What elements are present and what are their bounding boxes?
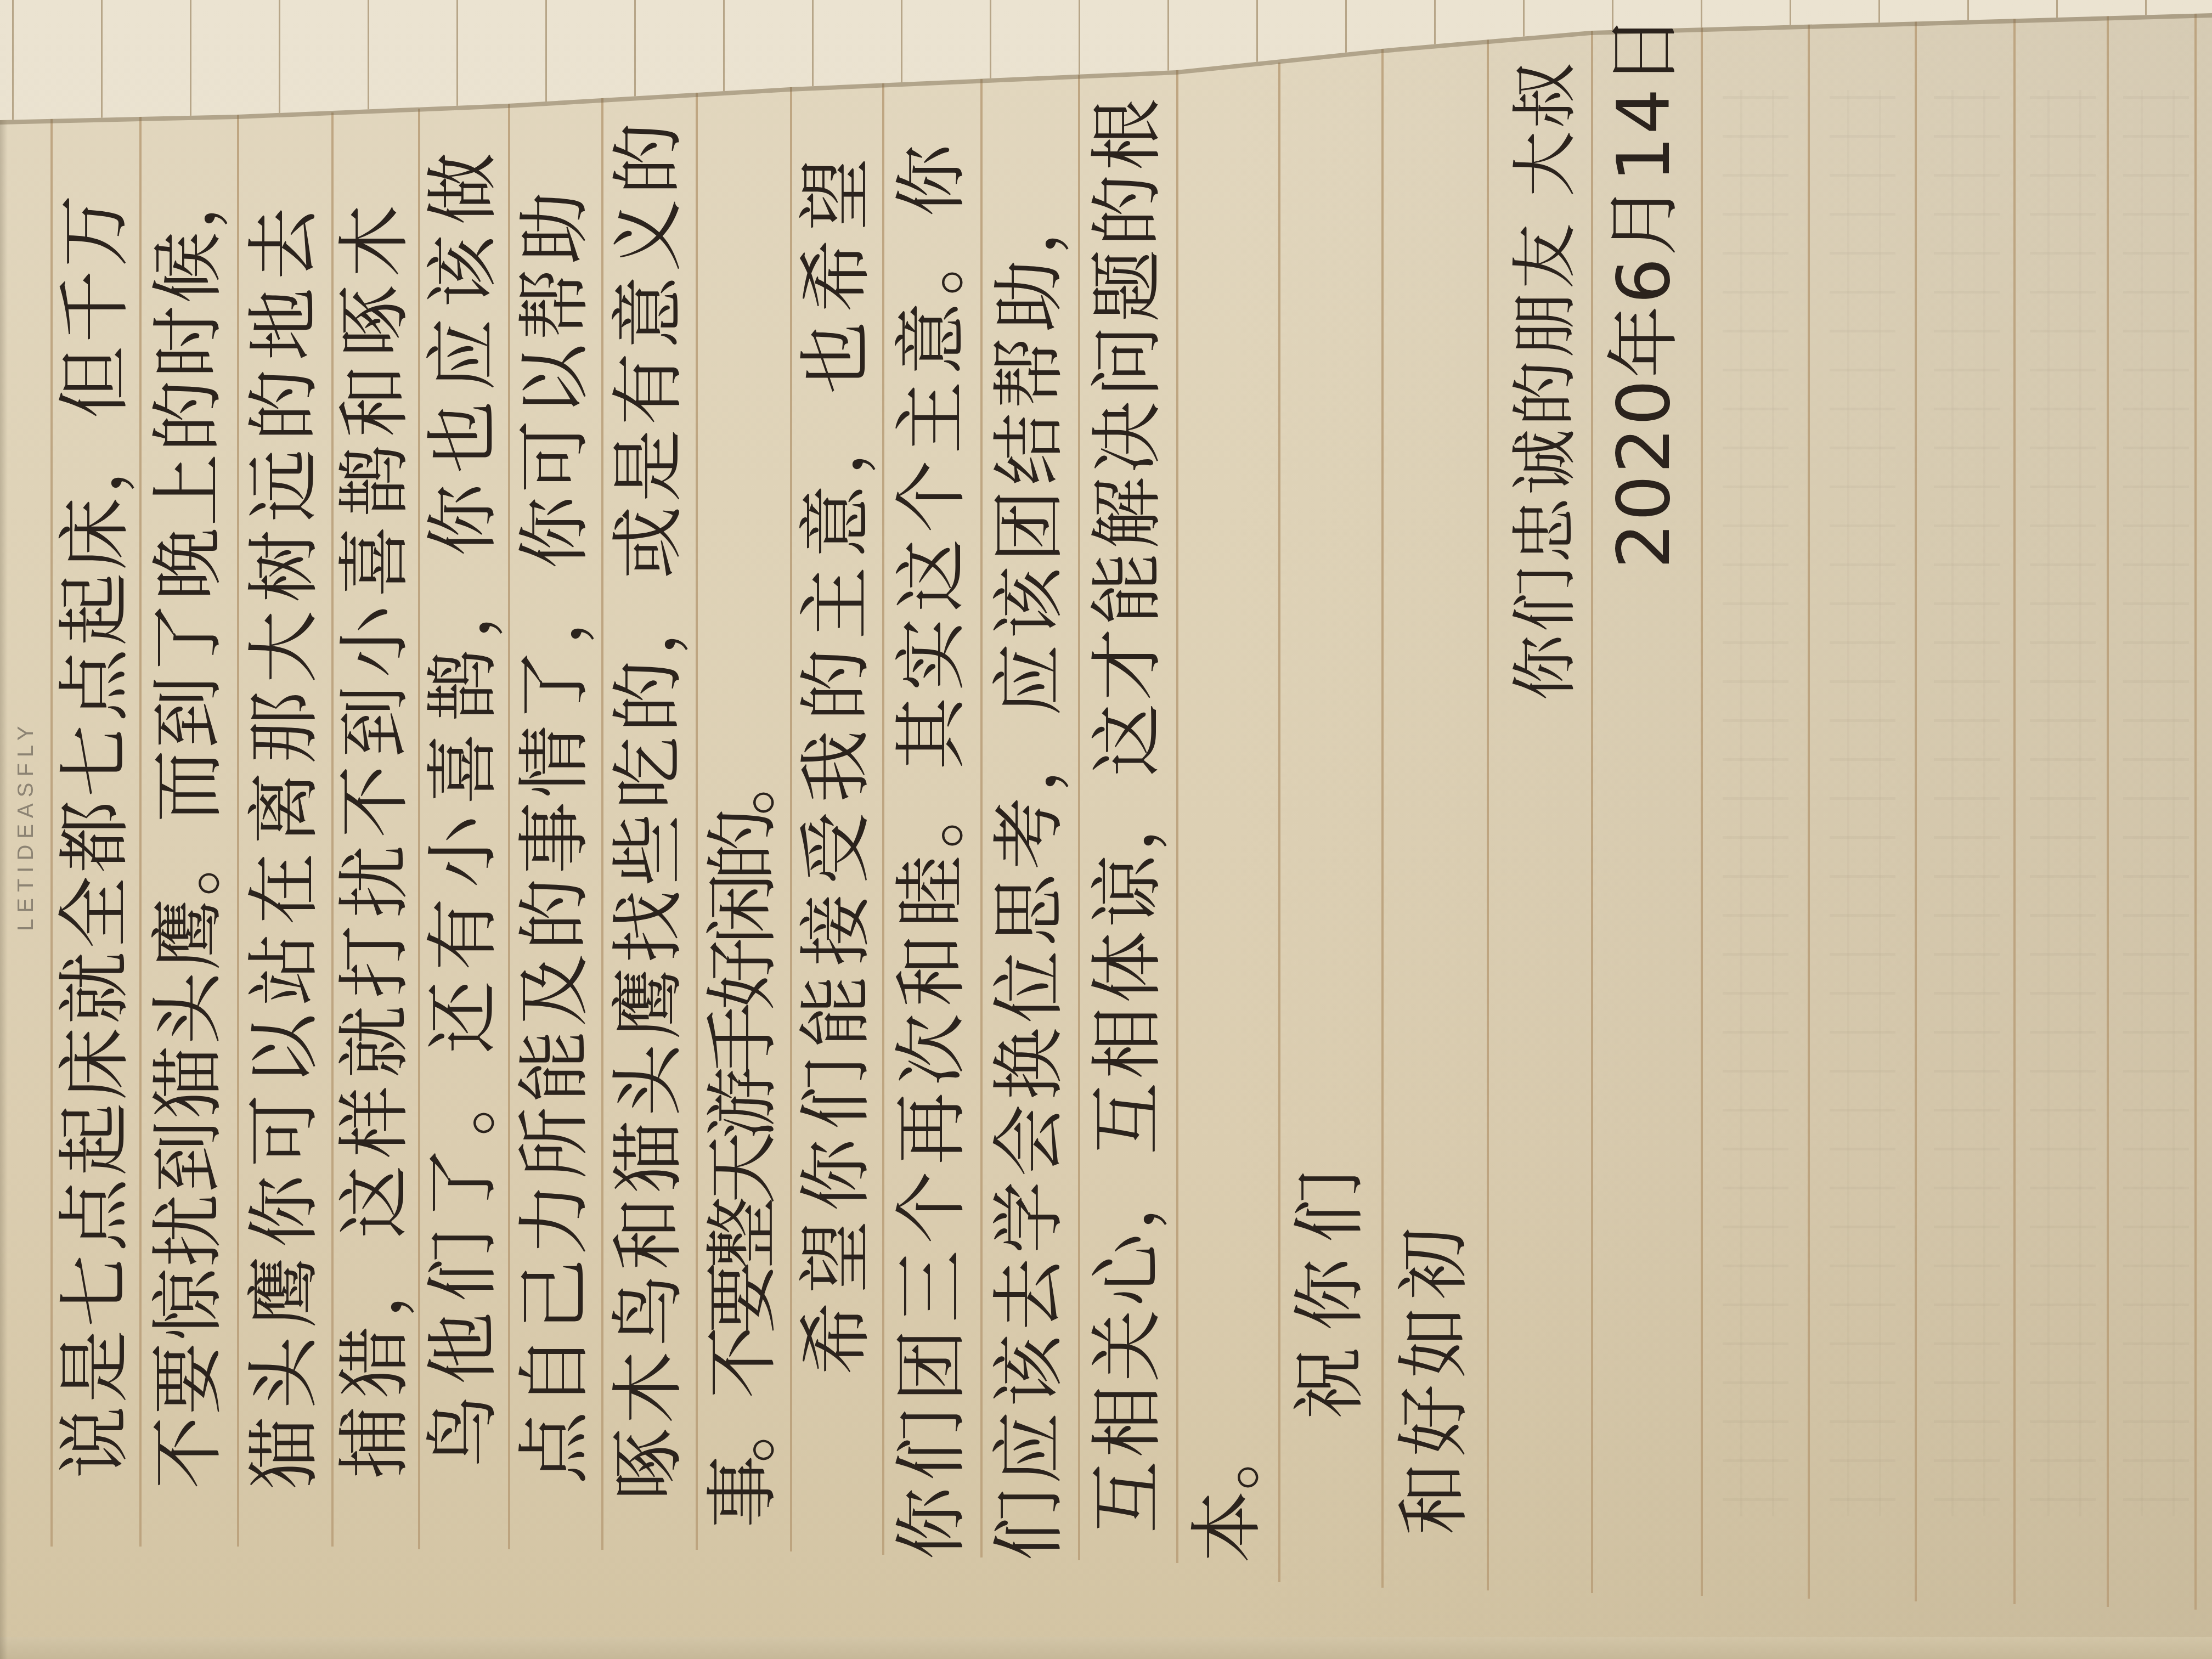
show-through-ink [1830,90,1895,1516]
ruled-line [1381,49,1384,1588]
brand-watermark: LETIDEASFLY [12,720,39,931]
letter-line: 点自己力所能及的事情了，你可以帮助 [508,188,601,1484]
ruled-line [2107,15,2109,1607]
letter-line: 希望你们能接受我的主意，也希望 [789,149,883,1375]
letter-line: 们应该去学会换位思考，应该团结帮助， [983,178,1076,1561]
show-through-ink [2030,90,2096,1516]
ruled-line [2013,17,2016,1604]
letter-line: 说是七点起床就全都七点起床，但千万 [48,191,142,1479]
ruled-line [1701,27,1703,1596]
letter-line: 本。 [1181,1418,1274,1563]
ruled-line [1078,75,1080,1560]
ruled-line [2194,13,2197,1610]
ruled-line [1808,23,1810,1599]
letter-line: 不要惊扰到猫头鹰。而到了晚上的时候， [142,156,235,1489]
show-through-ink [1723,90,1788,1516]
closing-greeting: 祝你们 [1283,1154,1376,1419]
ruled-line [1278,63,1280,1582]
show-through-ink [1934,90,2000,1516]
letter-line: 猫头鹰你可以站在离那大树远的地去 [238,199,331,1489]
letter-line: 事。不要整天游手好闲的。 [696,751,789,1528]
letter-line: 互相关心，互相体谅，这才能解决问题的根 [1081,95,1174,1533]
signature-date: 2020年6月14日 [1598,13,1691,569]
letter-line: 啄木鸟和猫头鹰找些吃的，或是有意义的 [602,118,695,1500]
ruled-line [1176,70,1178,1563]
notebook-page: LETIDEASFLY 说是七点起床就全都七点起床，但千万 不要惊扰到猫头鹰。而… [0,0,2212,1659]
ruled-line [1487,35,1489,1590]
ruled-line [1915,20,1917,1601]
letter-line: 你们团三个再次和睦。其实这个主意。你 [885,138,978,1560]
letter-line: 鸟他们了。还有小喜鹊，你也应该做 [416,142,510,1468]
closing-wish: 和好如初 [1387,1221,1481,1535]
page-bottom-edge [0,1637,2212,1659]
binding-gutter [0,0,8,1659]
show-through-ink [2123,90,2189,1516]
signature-sender: 你们忠诚的朋友 大叔 [1499,60,1593,701]
letter-line: 捕猎，这样就打扰不到小喜鹊和啄木 [328,197,421,1479]
